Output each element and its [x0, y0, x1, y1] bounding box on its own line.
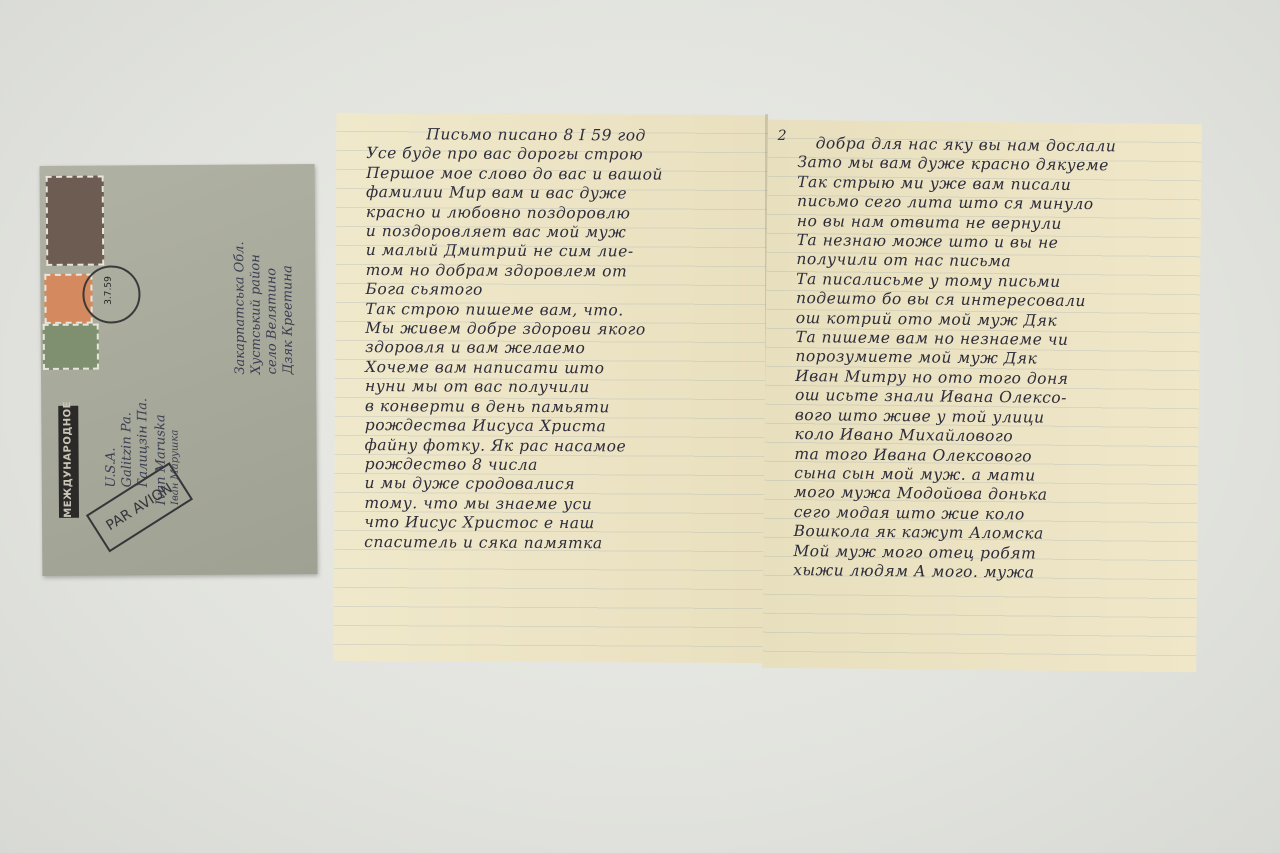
letter-line: что Иисус Христос е наш	[364, 513, 756, 534]
letter: Письмо писано 8 I 59 год Усе буде про ва…	[335, 114, 1199, 662]
sender-line: Закарпатська Обл.	[232, 241, 248, 374]
page-number: 2	[778, 128, 787, 144]
letter-line: Першое мое слово до вас и вашой	[366, 164, 758, 185]
recipient-line: Галицзін Па.	[135, 398, 151, 487]
letter-line: и поздоровляет вас мой муж	[366, 222, 758, 243]
envelope: 3.7.59 МЕЖДУНАРОДНОЕ PAR AVION U.S.A. Ga…	[40, 164, 318, 576]
letter-line: тому. что мы знаеме уси	[364, 494, 756, 515]
recipient-line: Іван Марушка	[169, 430, 181, 505]
letter-line: Усе буде про вас дорогы строю	[366, 144, 758, 165]
postmark-date: 3.7.59	[104, 276, 114, 305]
letter-line: файну фотку. Як рас насамое	[365, 436, 757, 457]
recipient-line: Ivan Maruska	[153, 414, 169, 505]
letter-line: красно и любовно поздоровлю	[366, 203, 758, 224]
letter-line: том но добрам здоровлем от	[366, 261, 758, 282]
letter-line: Письмо писано 8 I 59 год	[366, 125, 758, 146]
postage-stamp-green	[43, 324, 99, 370]
letter-line: в конверти в день памьяти	[365, 397, 757, 418]
postage-stamp-brown	[46, 176, 105, 266]
letter-line: рождество 8 числа	[365, 455, 757, 476]
international-label: МЕЖДУНАРОДНОЕ	[58, 406, 79, 518]
letter-line: здоровля и вам желаемо	[365, 338, 757, 359]
letter-line: Мы живем добре здорови якого	[365, 319, 757, 340]
letter-page-left: Письмо писано 8 I 59 год Усе буде про ва…	[334, 113, 769, 663]
letter-line: рождества Иисуса Христа	[365, 416, 757, 437]
letter-line: спаситель и сяка памятка	[364, 533, 756, 554]
sender-line: село Велятино	[264, 268, 280, 375]
letter-page-right: 2 добра для нас яку вы нам дослали Зато …	[762, 120, 1202, 673]
letter-line: фамилии Мир вам и вас дуже	[366, 183, 758, 204]
recipient-line: U.S.A.	[104, 447, 119, 487]
letter-line: нуни мы от вас получили	[365, 377, 757, 398]
letter-line: Так строю пишеме вам, что.	[365, 300, 757, 321]
sender-line: Дзяк Креетина	[280, 265, 296, 374]
letter-line: и мы дуже сродовалися	[364, 474, 756, 495]
recipient-line: Galitzin Pa.	[119, 412, 135, 487]
postmark: 3.7.59	[82, 265, 140, 323]
letter-line: Бога сьятого	[365, 280, 757, 301]
sender-line: Хустський район	[248, 254, 264, 374]
letter-line: Хочеме вам написати што	[365, 358, 757, 379]
letter-line: хыжи людям А мого. мужа	[793, 561, 1187, 585]
letter-line: и малый Дмитрий не сим лие-	[366, 241, 758, 262]
